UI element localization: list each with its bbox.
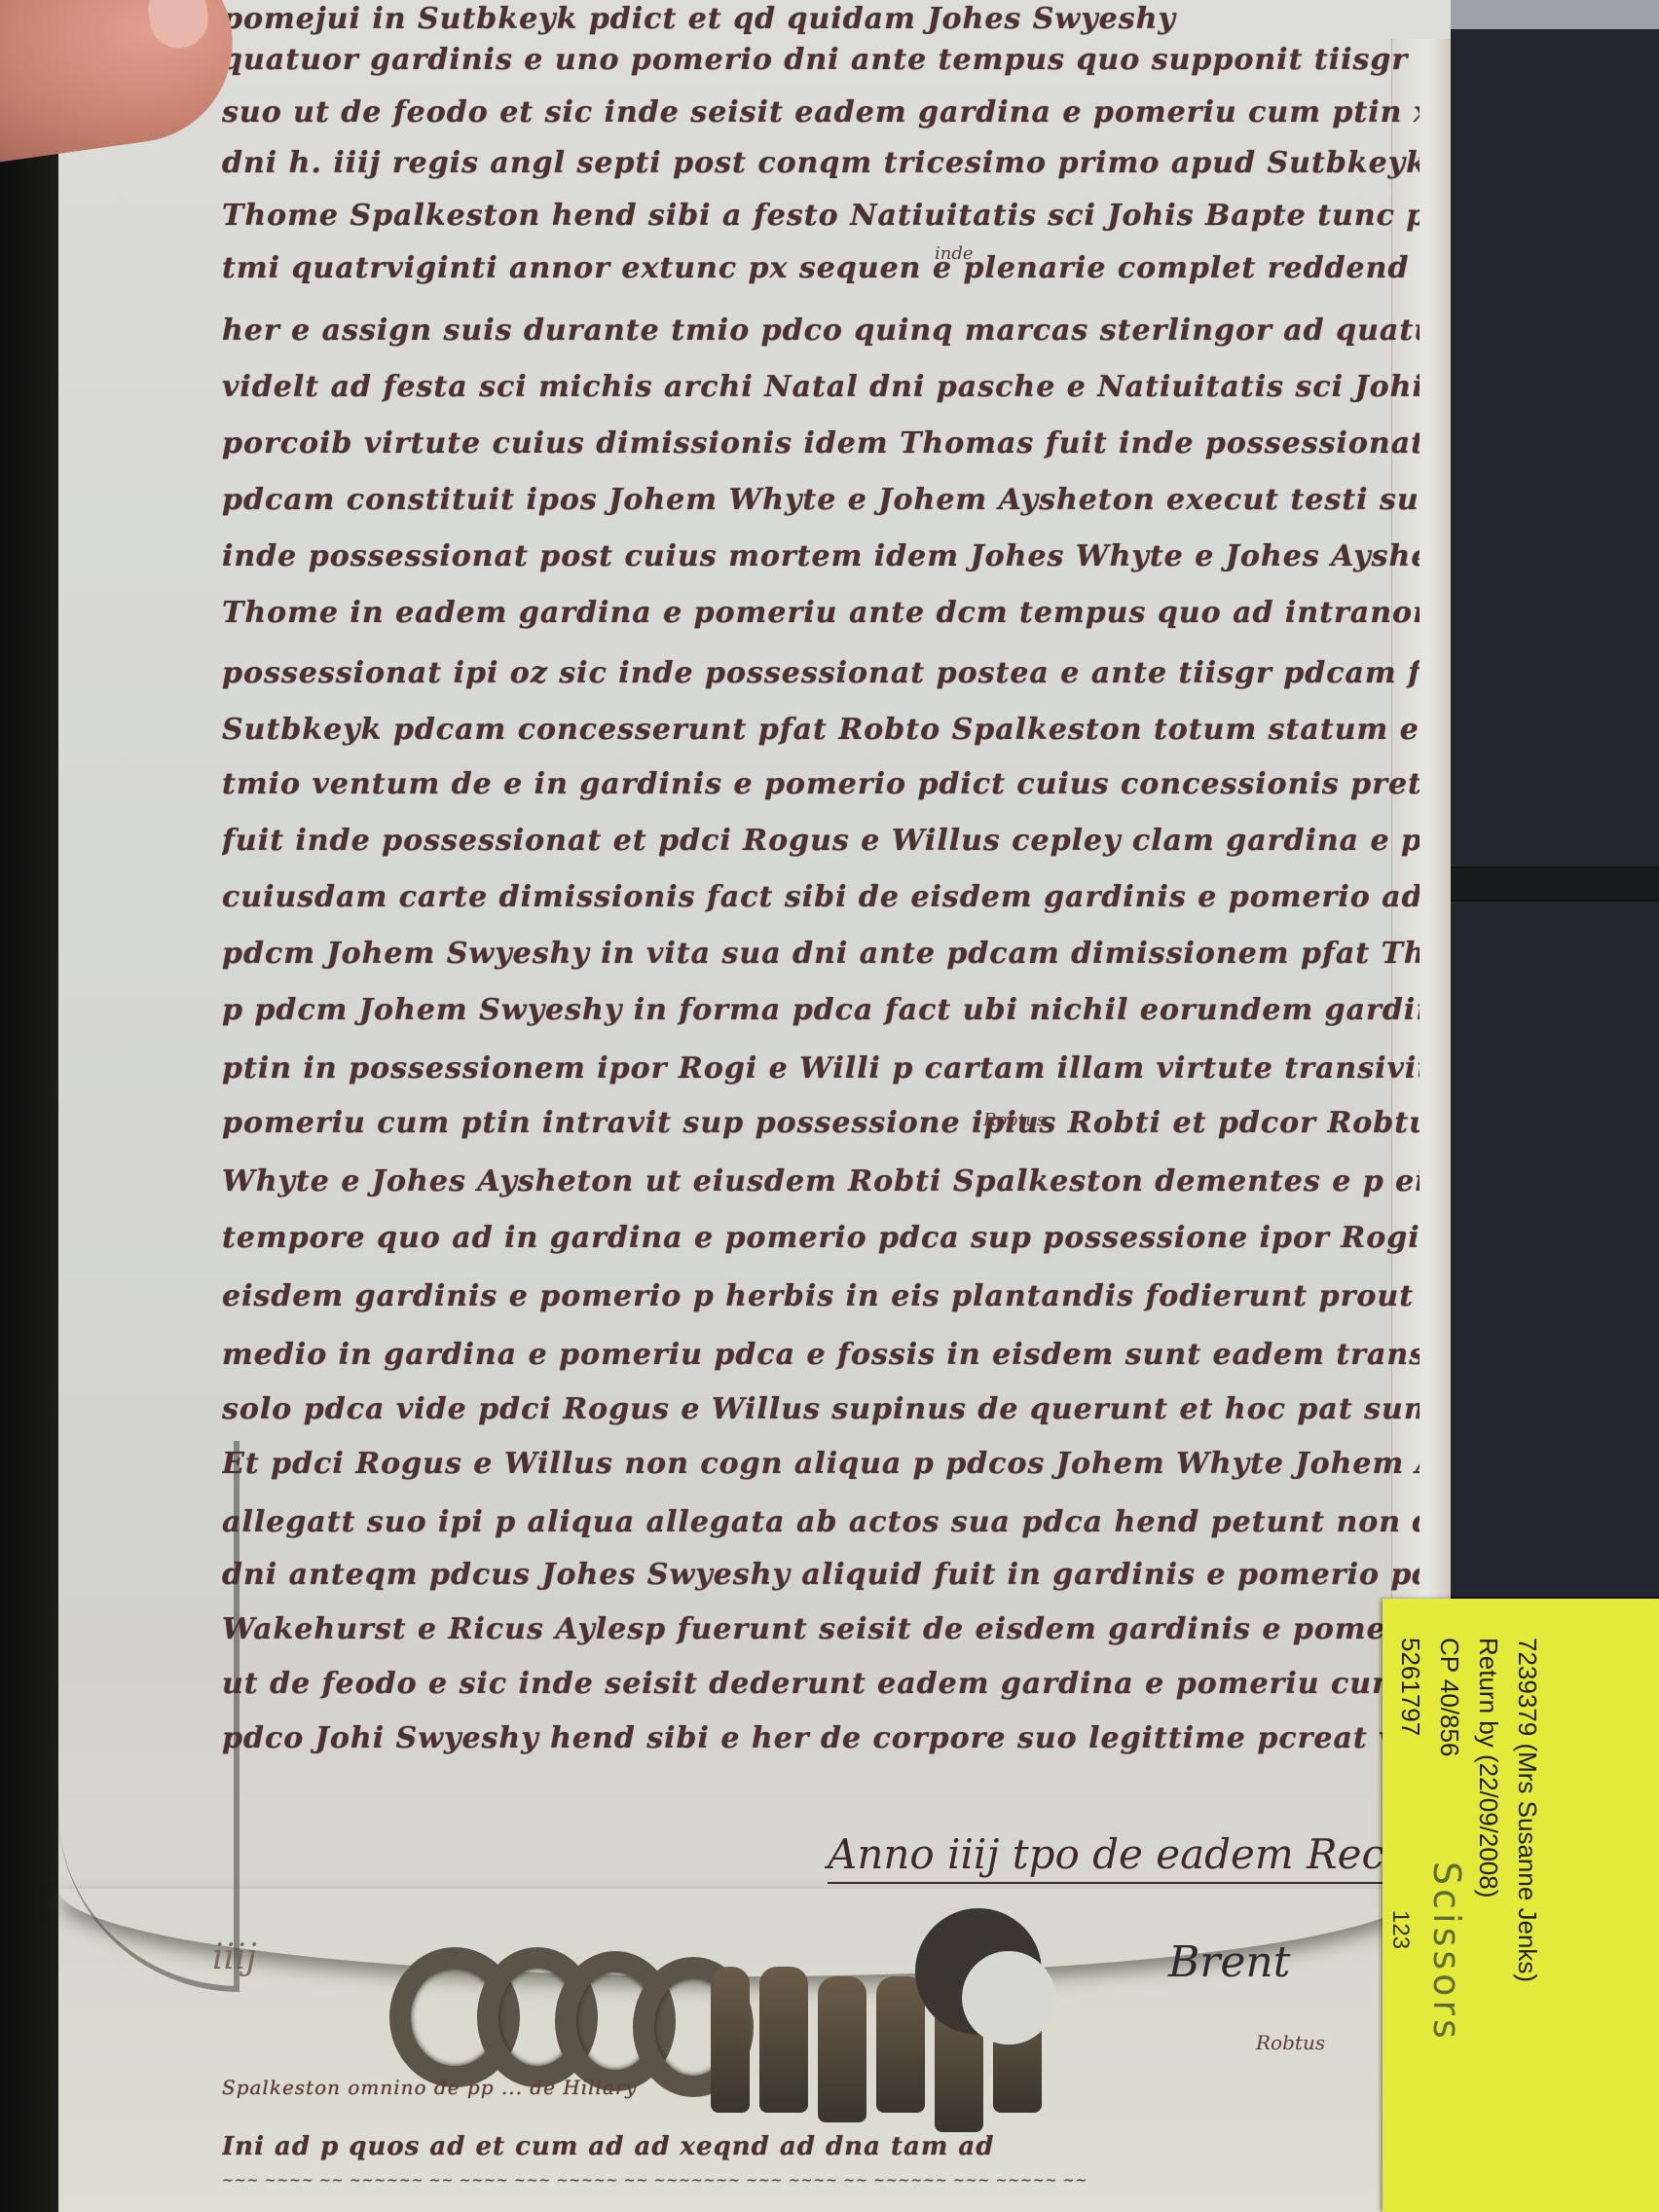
manuscript-line: pdcam constituit ipos Johem Whyte e Johe… [222,483,1419,517]
label-reference: CP 40/856 [1434,1638,1464,1756]
lower-name-note: Robtus [1256,2031,1325,2054]
manuscript-line: Thome Spalkeston hend sibi a festo Natiu… [222,199,1419,233]
lower-membrane-line: ~~~ ~~~~ ~~ ~~~~~~ ~~ ~~~~ ~~~ ~~~~~ ~~ … [222,2173,1390,2189]
label-handwritten-note: Scissors [1425,1862,1468,2043]
interlinear-note: inde [935,243,974,264]
seal-tag [818,1976,866,2122]
manuscript-line: suo ut de feodo et sic inde seisit eadem… [222,95,1419,129]
manuscript-line: quatuor gardinis e uno pomerio dni ante … [222,43,1419,77]
manuscript-line: pomejui in Sutbkeyk pdict et qd quidam J… [222,2,1419,36]
manuscript-line: tempore quo ad in gardina e pomerio pdca… [222,1221,1419,1255]
manuscript-line: fuit inde possessionat et pdci Rogus e W… [222,824,1419,858]
clerk-signature: Brent [1168,1937,1290,1987]
manuscript-line: solo pdca vide pdci Rogus e Willus supin… [222,1392,1419,1426]
archive-retrieval-slip: 5261797 CP 40/856 Return by (22/09/2008)… [1382,1599,1659,2212]
manuscript-line: tmi quatrviginti annor extunc px sequen … [222,251,1419,285]
lower-membrane-line: Ini ad p quos ad et cum ad ad xeqnd ad d… [222,2132,1390,2161]
manuscript-line: Sutbkeyk pdcam concesserunt pfat Robto S… [222,713,1419,747]
manuscript-line: Thome in eadem gardina e pomeriu ante dc… [222,596,1419,630]
manuscript-line: Et pdci Rogus e Willus non cogn aliqua p… [222,1447,1419,1481]
manuscript-line: possessionat ipi oz sic inde possessiona… [222,656,1419,690]
manuscript-line: pdcm Johem Swyeshy in vita sua dni ante … [222,937,1419,971]
manuscript-line: porcoib virtute cuius dimissionis idem T… [222,426,1419,461]
foam-top-edge [1451,0,1659,29]
manuscript-line: ptin in possessionem ipor Rogi e Willi p… [222,1051,1419,1086]
label-document-number: 5261797 [1395,1638,1425,1736]
manuscript-line: medio in gardina e pomeriu pdca e fossis… [222,1338,1419,1372]
label-rotated-content: 5261797 CP 40/856 Return by (22/09/2008)… [1382,1599,1659,2212]
manuscript-line: dni h. iiij regis angl septi post conqm … [222,146,1419,180]
marginal-note: iiij [212,1937,257,1977]
manuscript-line: p pdcm Johem Swyeshy in forma pdca fact … [222,993,1419,1027]
manuscript-line: Whyte e Johes Aysheton ut eiusdem Robti … [222,1164,1419,1198]
fingernail [144,0,211,52]
manuscript-line: pdco Johi Swyeshy hend sibi e her de cor… [222,1721,1419,1755]
label-reader: 7239379 (Mrs Susanne Jenks) [1512,1638,1542,1982]
manuscript-line: videlt ad festa sci michis archi Natal d… [222,370,1419,404]
manuscript-line: allegatt suo ipi p aliqua allegata ab ac… [222,1505,1419,1539]
seal-crescent-hook [915,1908,1042,2035]
manuscript-line: inde possessionat post cuius mortem idem… [222,539,1419,573]
manuscript-line: ut de feodo e sic inde seisit dederunt e… [222,1667,1419,1701]
manuscript-line: Wakehurst e Ricus Aylesp fuerunt seisit … [222,1612,1419,1646]
manuscript-line: tmio ventum de e in gardinis e pomerio p… [222,767,1419,801]
label-corner-number: 123 [1386,1910,1414,1949]
manuscript-line: her e assign suis durante tmio pdco quin… [222,313,1419,348]
manuscript-line: dni anteqm pdcus Johes Swyeshy aliquid f… [222,1558,1419,1592]
manuscript-line: pomeriu cum ptin intravit sup possession… [222,1106,1419,1140]
label-return-date: Return by (22/09/2008) [1473,1638,1503,1898]
foam-seam [1451,866,1659,902]
manuscript-line: cuiusdam carte dimissionis fact sibi de … [222,880,1419,914]
lower-membrane-line: Spalkeston omnino de pp ... de Hillary [222,2076,1390,2099]
manuscript-line: eisdem gardinis e pomerio p herbis in ei… [222,1279,1419,1313]
interlinear-note: Robtus [983,1110,1046,1130]
